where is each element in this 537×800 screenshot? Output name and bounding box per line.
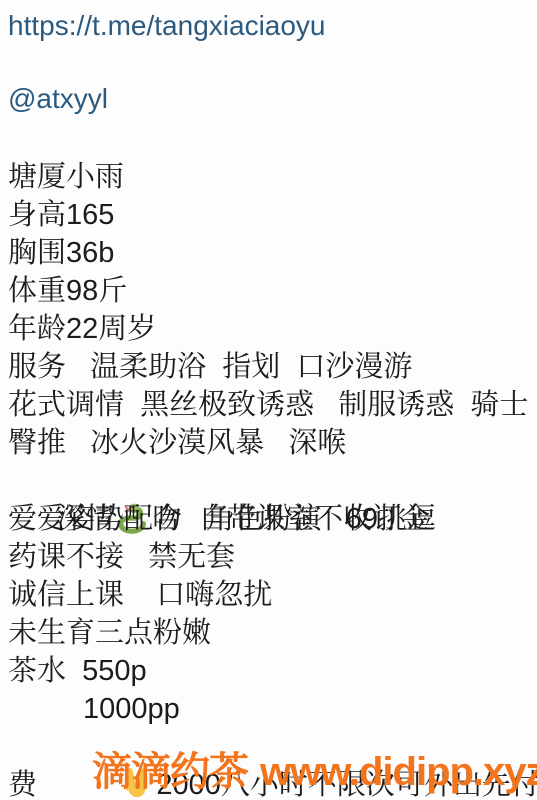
- bust-line: 胸围36b: [8, 234, 534, 272]
- services-line-3: 臀推 冰火沙漠风暴 深喉: [8, 424, 534, 462]
- age-line: 年龄22周岁: [8, 310, 534, 348]
- weight-line: 体重98斤: [8, 272, 534, 310]
- telegram-handle-link[interactable]: @atxyyl: [8, 83, 108, 115]
- height-line: 身高165: [8, 196, 534, 234]
- profile-name-line: 塘厦小雨: [8, 158, 534, 196]
- telegram-channel-link[interactable]: https://t.me/tangxiaciaoyu: [8, 10, 326, 42]
- rules-line-1: 药课不接 禁无套: [8, 538, 534, 576]
- services-line-2: 花式调情 黑丝极致诱惑 制服诱惑 骑士: [8, 386, 534, 424]
- services-line-1: 服务 温柔助浴 指划 口沙漫游: [8, 348, 534, 386]
- watermark: 滴滴约茶www.didipp.xyz: [92, 750, 537, 794]
- watermark-brand: 滴滴约茶: [92, 750, 248, 794]
- page: https://t.me/tangxiaciaoyu @atxyyl 塘厦小雨 …: [0, 0, 537, 800]
- price-line-2: 1000pp: [8, 690, 534, 728]
- services-line-5: 爱爱姿势配合 自带课室不收订金: [8, 500, 534, 538]
- price-line-1: 茶水 550p: [8, 652, 534, 690]
- rules-line-2: 诚信上课 口嗨忽扰: [8, 576, 534, 614]
- profile-text-block: 塘厦小雨 身高165 胸围36b 体重98斤 年龄22周岁 服务 温柔助浴 指划…: [8, 158, 534, 800]
- services-line-4: 深情吻 角色扮演 69挑逗: [8, 462, 534, 500]
- watermark-url: www.didipp.xyz: [260, 750, 537, 794]
- body-feature-line: 未生育三点粉嫩: [8, 614, 534, 652]
